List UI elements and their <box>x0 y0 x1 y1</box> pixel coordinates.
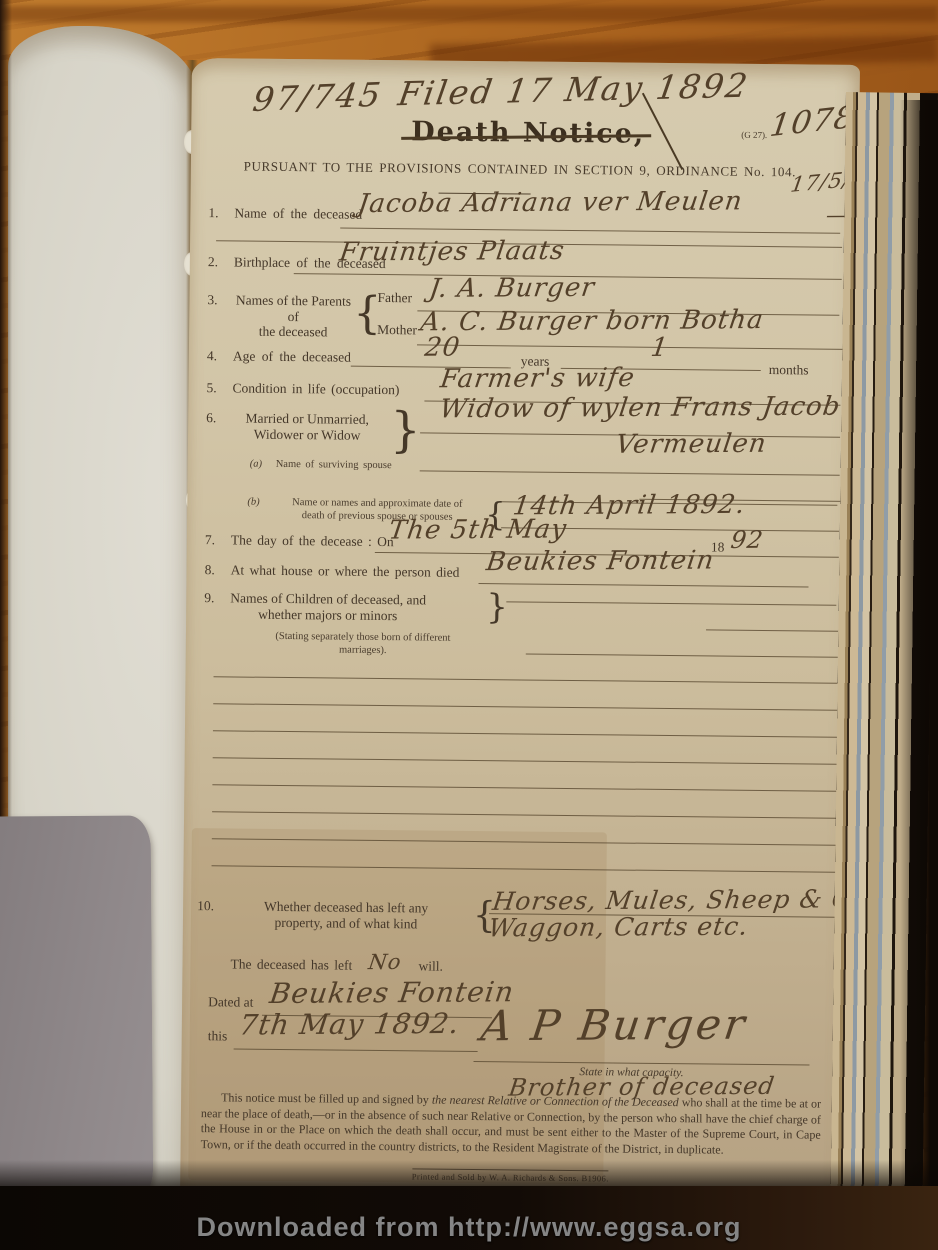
field-9-number: 9. <box>204 590 214 606</box>
field-9-brace: } <box>486 587 508 627</box>
photo-of-death-notice-page: 97/745 Filed 17 May 1892 Death Notice, (… <box>0 0 938 1250</box>
ruled-line <box>212 784 836 792</box>
ruled-line <box>479 583 809 587</box>
field-3-number: 3. <box>207 292 217 308</box>
field-6-value-line2: Vermeulen <box>614 429 769 460</box>
footer-notice-emphasis: the nearest Relative or Connection of th… <box>432 1093 679 1110</box>
field-8-label: At what house or where the person died <box>231 562 460 580</box>
field-6-brace: } <box>390 402 421 458</box>
ruled-line <box>212 811 836 819</box>
field-6a-label: Name of surviving spouse <box>276 459 392 473</box>
ruled-line <box>506 601 836 605</box>
ruled-line <box>706 629 838 631</box>
field-4-number: 4. <box>207 348 217 364</box>
field-1-label: Name of the deceased <box>234 205 362 222</box>
field-6-label-line2: Widower or Widow <box>254 426 361 442</box>
field-6b-label-line1: Name or names and approximate date of <box>292 497 462 510</box>
field-9-label-line1: Names of Children of deceased, and <box>230 590 426 607</box>
form-subtitle: PURSUANT TO THE PROVISIONS CONTAINED IN … <box>195 158 845 181</box>
form-code: (G 27). <box>741 130 767 141</box>
field-10-label-line2: property, and of what kind <box>275 914 418 930</box>
death-notice-form-page: 97/745 Filed 17 May 1892 Death Notice, (… <box>180 58 860 1205</box>
field-7-label: The day of the decease : On <box>231 532 394 549</box>
will-value: No <box>367 950 403 974</box>
field-2-number: 2. <box>208 254 218 270</box>
field-6-value-line1: Widow of wylen Frans Jacobus <box>438 391 875 424</box>
ruled-line <box>420 470 840 475</box>
field-10-label-line1: Whether deceased has left any <box>264 899 428 916</box>
field-3-label-line2: the deceased <box>259 324 328 340</box>
field-5-number: 5. <box>206 380 216 396</box>
year-suffix-handwritten: 92 <box>729 526 765 554</box>
mother-label: Mother <box>377 322 417 338</box>
field-6-label-line1: Married or Unmarried, <box>245 411 368 427</box>
field-6b-number: (b) <box>247 497 259 510</box>
footer-notice-pre: This notice must be filled up and signed… <box>221 1090 432 1106</box>
field-5-label: Condition in life (occupation) <box>232 380 399 397</box>
watermark-text: Downloaded from http://www.eggsa.org <box>0 1212 938 1243</box>
handwritten-file-number: 97/745 <box>250 75 384 119</box>
father-label: Father <box>377 290 412 306</box>
field-6a-number: (a) <box>250 459 262 472</box>
book-edge-shadow <box>900 100 938 1250</box>
field-3-label-line1: Names of the Parents of <box>236 292 351 323</box>
will-prefix: The deceased has left <box>230 956 352 973</box>
gray-card-insert <box>0 815 153 1208</box>
age-months-value: 1 <box>649 333 671 363</box>
ruled-line <box>340 228 840 234</box>
wood-grain-streak <box>0 6 938 22</box>
field-8-value: Beukies Fontein <box>484 546 716 578</box>
ruled-line <box>417 344 845 349</box>
field-1-number: 1. <box>208 205 218 221</box>
ruled-line <box>526 654 838 658</box>
dated-at-value: Beukies Fontein <box>268 975 517 1010</box>
handwritten-filed-date: Filed 17 May 1892 <box>396 66 752 113</box>
signature: A P Burger <box>478 1000 750 1051</box>
field-7-value: The 5th May <box>387 514 569 545</box>
field-5-value: Farmer's wife <box>438 363 636 394</box>
field-2-value: Fruintjes Plaats <box>338 236 567 268</box>
ruled-line <box>213 703 837 711</box>
field-4-label: Age of the deceased <box>233 348 351 365</box>
ruled-line <box>707 555 839 557</box>
will-suffix: will. <box>418 958 443 974</box>
field-7-number: 7. <box>205 532 215 548</box>
dated-this-value: 7th May 1892. <box>237 1007 461 1041</box>
field-9-note-line1: (Stating separately those born of differ… <box>275 631 450 644</box>
field-10-number: 10. <box>197 898 214 914</box>
form-title: Death Notice, <box>411 116 645 149</box>
field-10-value-line2: Waggon, Carts etc. <box>487 912 751 943</box>
ruled-line <box>214 676 838 684</box>
field-9-note-line2: marriages). <box>339 644 387 655</box>
age-years-value: 20 <box>423 333 462 363</box>
ruled-line <box>213 757 837 765</box>
field-8-number: 8. <box>205 562 215 578</box>
field-1-value: Jacoba Adriana ver Meulen <box>356 186 745 219</box>
field-6-number: 6. <box>206 410 216 426</box>
ruled-line <box>213 730 837 738</box>
months-unit: months <box>769 362 809 378</box>
field-9-label-line2: whether majors or minors <box>258 606 397 622</box>
dated-this-label: this <box>208 1028 228 1044</box>
father-value: J. A. Burger <box>427 273 596 304</box>
mother-value: A. C. Burger born Botha <box>419 305 766 337</box>
